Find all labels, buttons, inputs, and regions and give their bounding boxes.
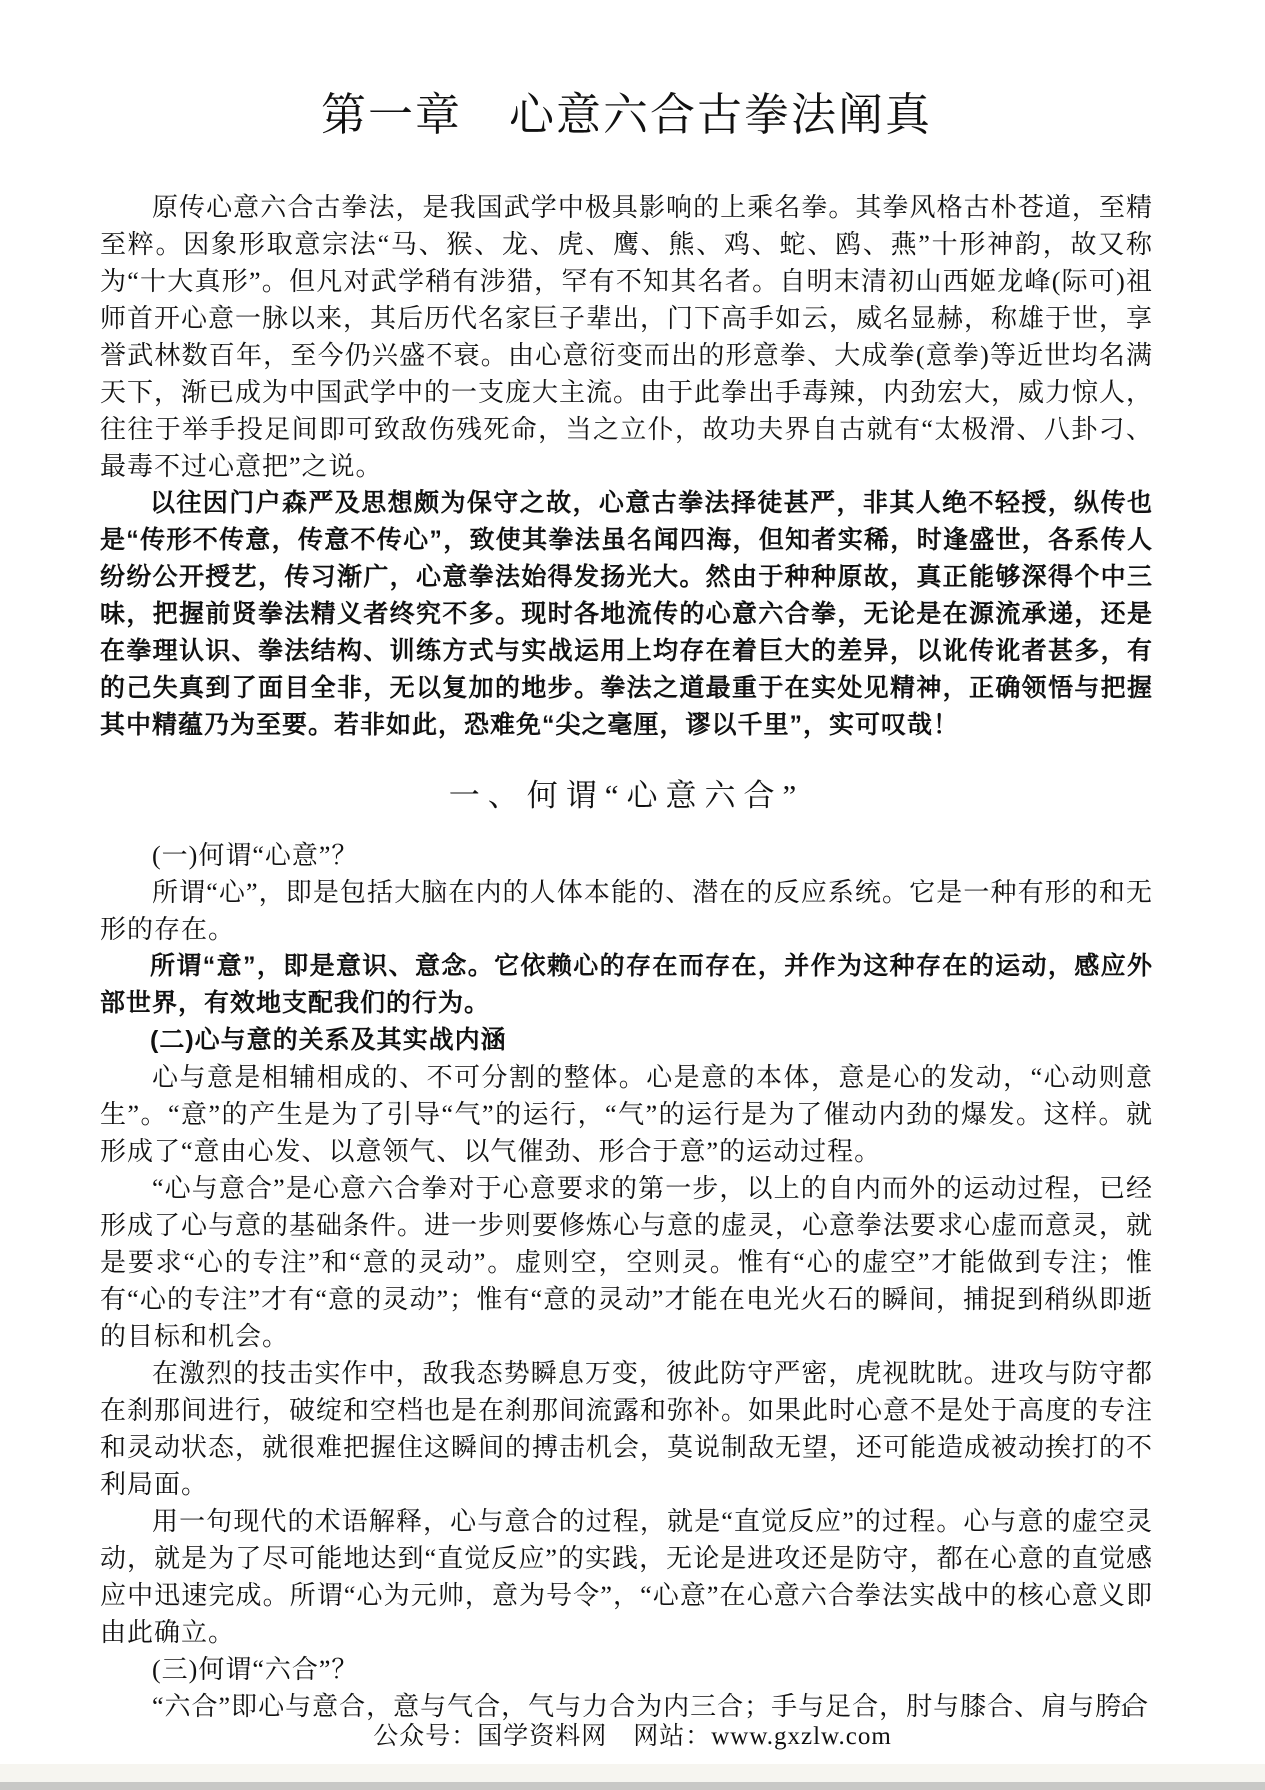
page-footer: 公众号：国学资料网 网站：www.gxzlw.com: [0, 1716, 1265, 1752]
subheading-what-is-liuhe: (三)何谓“六合”？: [100, 1651, 1153, 1688]
intro-paragraph-2: 以往因门户森严及思想颇为保守之故，心意古拳法择徒甚严，非其人绝不轻授，纵传也是“…: [100, 485, 1153, 744]
paragraph-heart-definition: 所谓“心”，即是包括大脑在内的人体本能的、潜在的反应系统。它是一种有形的和无形的…: [100, 874, 1153, 948]
subheading-what-is-xinyi: (一)何谓“心意”？: [100, 837, 1153, 874]
paragraph-heart-yi-whole: 心与意是相辅相成的、不可分割的整体。心是意的本体，意是心的发动，“心动则意生”。…: [100, 1059, 1153, 1170]
subheading-heart-yi-relation: (二)心与意的关系及其实战内涵: [100, 1022, 1153, 1059]
chapter-title: 第一章 心意六合古拳法阐真: [100, 78, 1153, 143]
intro-paragraph-1: 原传心意六合古拳法，是我国武学中极具影响的上乘名拳。其拳风格古朴苍道，至精至粹。…: [100, 189, 1153, 485]
paragraph-yi-definition: 所谓“意”，即是意识、意念。它依赖心的存在而存在，并作为这种存在的运动，感应外部…: [100, 948, 1153, 1022]
page-number: 1: [1120, 1700, 1130, 1722]
section-heading: 一、何谓“心意六合”: [100, 770, 1153, 815]
page-bottom-edge: [0, 1782, 1265, 1790]
document-page: 第一章 心意六合古拳法阐真 原传心意六合古拳法，是我国武学中极具影响的上乘名拳。…: [0, 0, 1265, 1725]
paragraph-heart-yi-unite: “心与意合”是心意六合拳对于心意要求的第一步，以上的自内而外的运动过程，已经形成…: [100, 1170, 1153, 1355]
paragraph-intuitive-reaction: 用一句现代的术语解释，心与意合的过程，就是“直觉反应”的过程。心与意的虚空灵动，…: [100, 1503, 1153, 1651]
page-bottom-margin: [0, 1764, 1265, 1782]
paragraph-combat-reality: 在激烈的技击实作中，敌我态势瞬息万变，彼此防守严密，虎视眈眈。进攻与防守都在刹那…: [100, 1355, 1153, 1503]
